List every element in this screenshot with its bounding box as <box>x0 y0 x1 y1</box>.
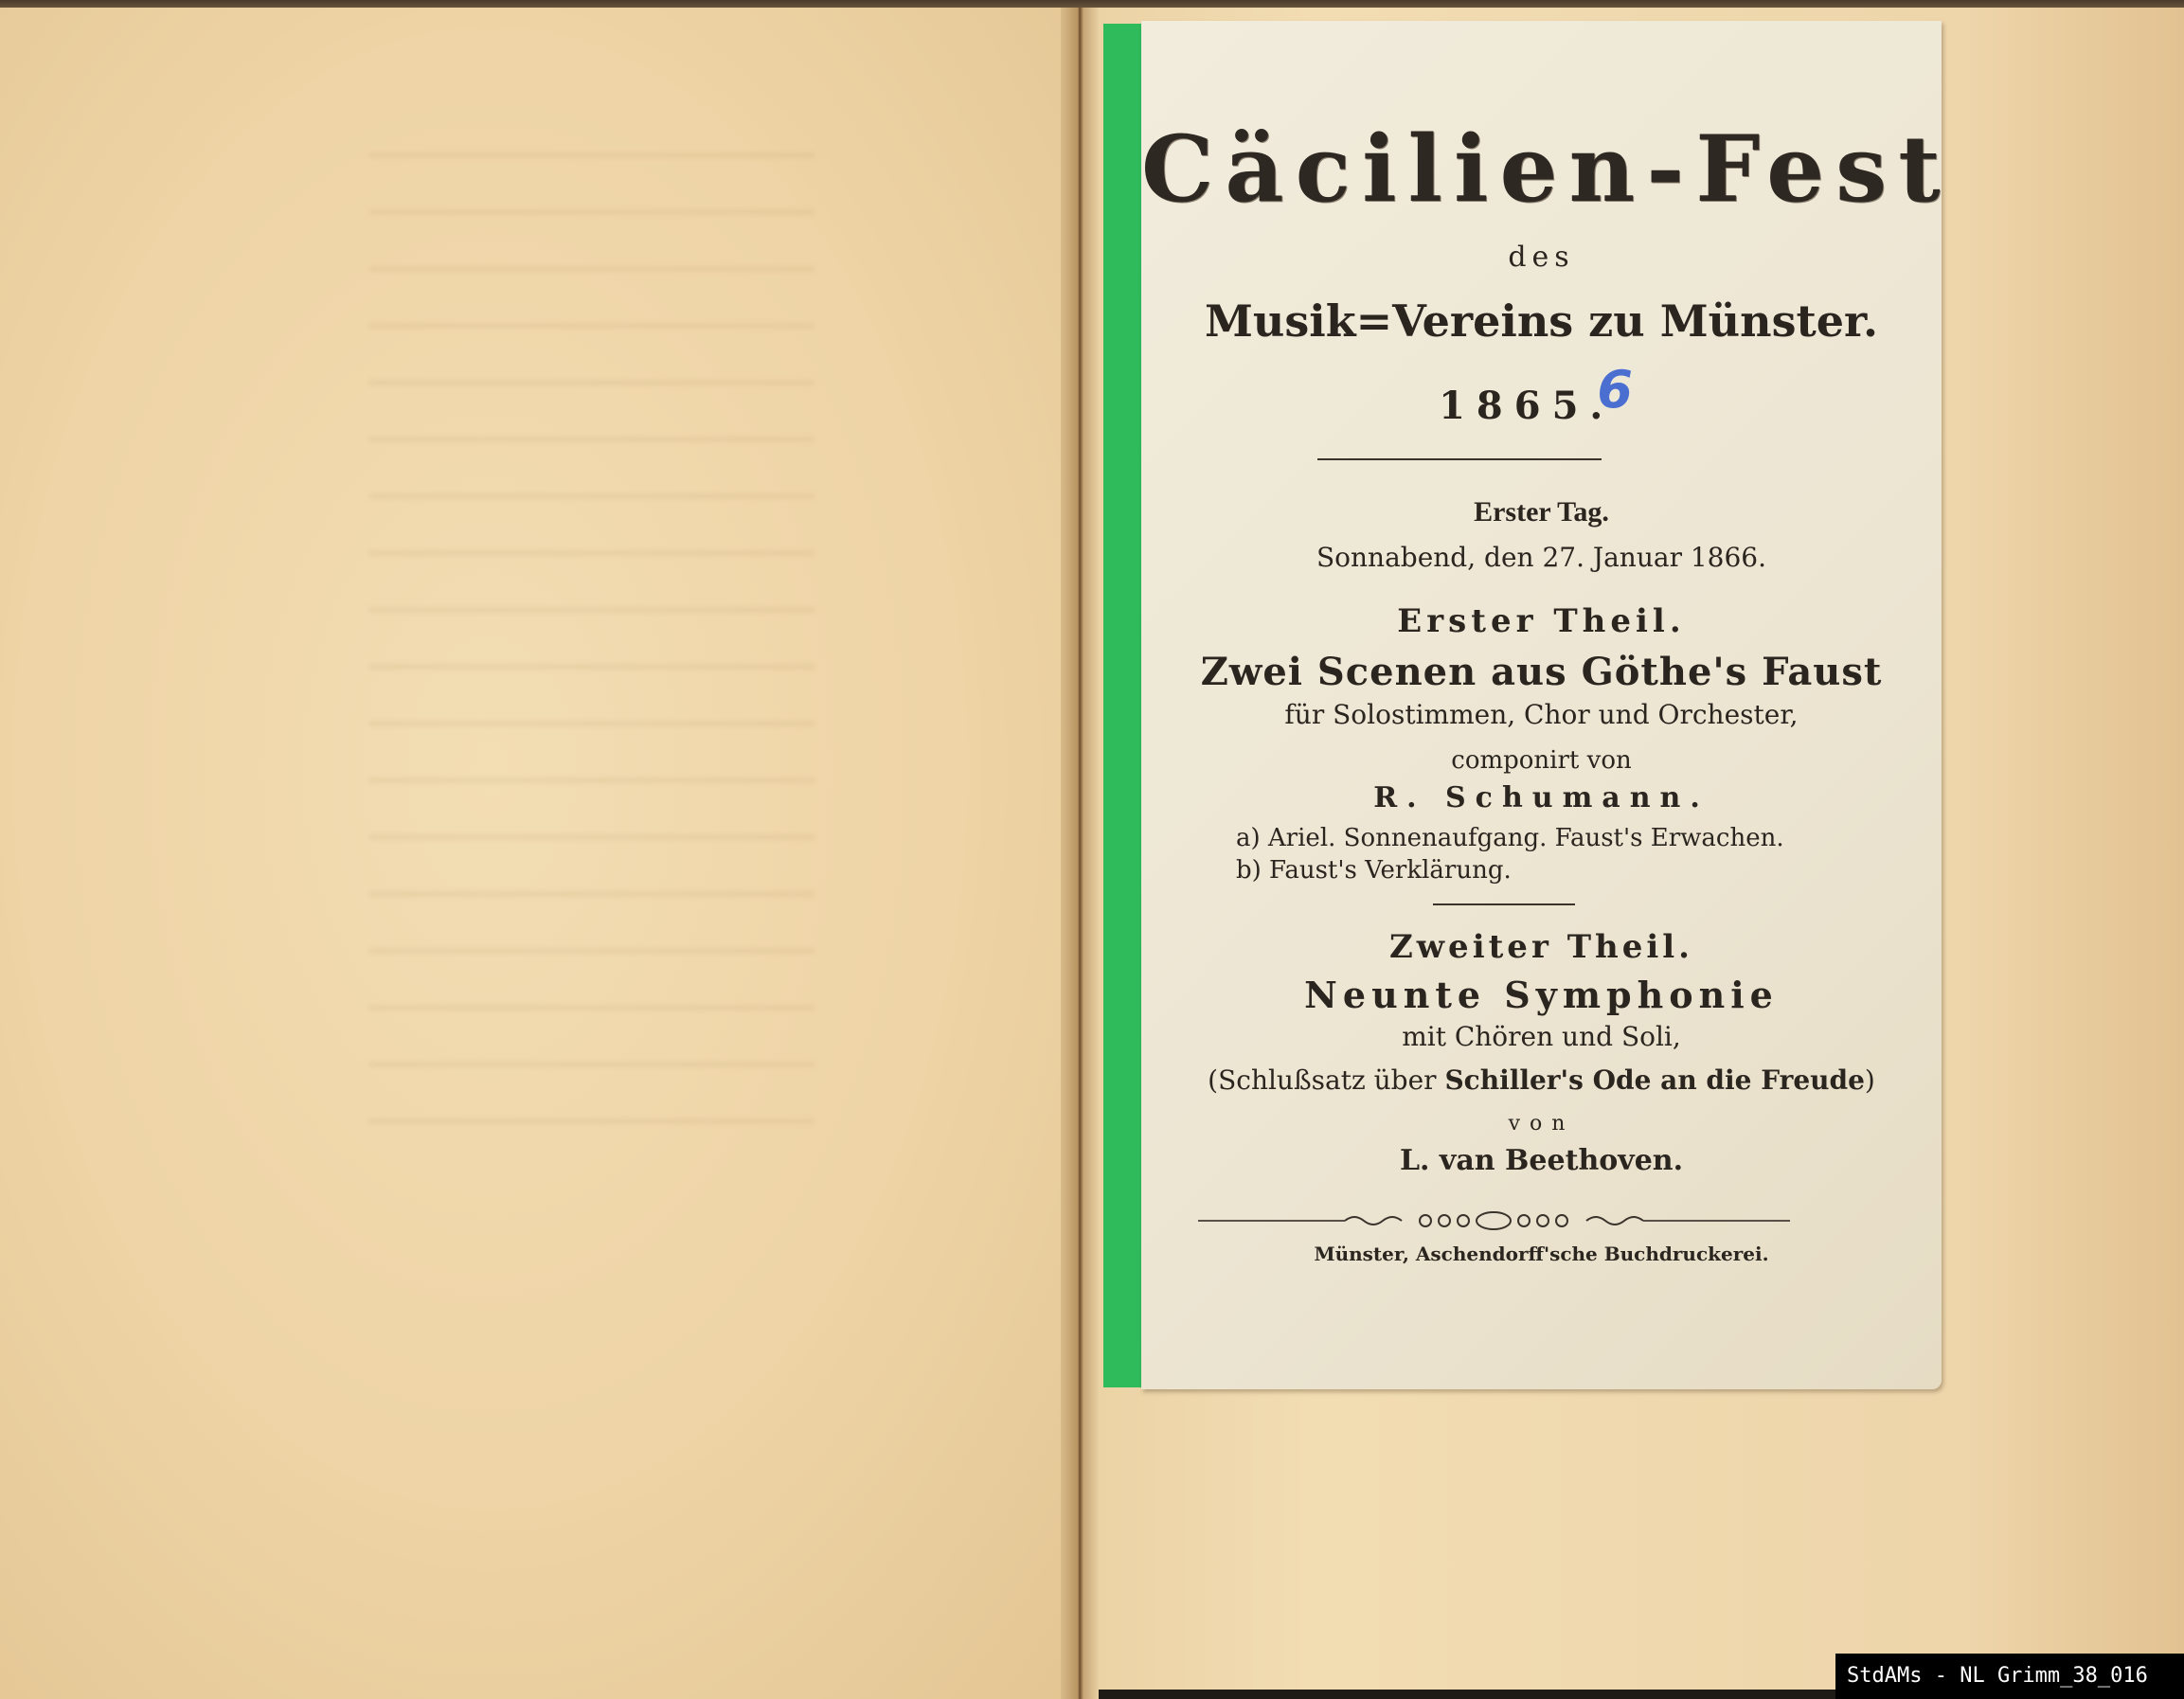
movement-item: b) Faust's Verklärung. <box>1236 854 1784 886</box>
left-page-blank <box>0 8 1089 1699</box>
part2-finale-note: (Schlußsatz über Schiller's Ode an die F… <box>1141 1064 1942 1096</box>
program-society: Musik=Vereins zu Münster. <box>1141 295 1942 347</box>
part2-by: von <box>1141 1112 1942 1136</box>
part2-work-title: Neunte Symphonie <box>1141 974 1942 1016</box>
finale-prefix: (Schlußsatz über <box>1208 1064 1444 1096</box>
finale-suffix: ) <box>1865 1064 1875 1096</box>
green-binding-strip <box>1103 24 1141 1387</box>
part1-movements: a) Ariel. Sonnenaufgang. Faust's Erwache… <box>1236 822 1784 886</box>
archive-reference-label: StdAMs - NL Grimm_38_016 <box>1835 1654 2184 1699</box>
book-bottom-edge <box>1099 1690 1837 1699</box>
ornamental-divider-icon <box>1198 1209 1790 1232</box>
part2-scoring: mit Chören und Soli, <box>1141 1021 1942 1052</box>
part1-heading: Erster Theil. <box>1141 602 1942 640</box>
handwritten-correction: 6 <box>1597 360 1644 420</box>
program-year: 1865.6 <box>1141 371 1942 431</box>
movement-item: a) Ariel. Sonnenaufgang. Faust's Erwache… <box>1236 822 1784 854</box>
part1-composed-by: componirt von <box>1141 746 1942 775</box>
concert-program-sheet: Cäcilien-Fest des Musik=Vereins zu Münst… <box>1141 21 1942 1389</box>
book-spine-gutter <box>1061 8 1099 1699</box>
part2-heading: Zweiter Theil. <box>1141 928 1942 966</box>
program-des: des <box>1141 241 1942 274</box>
part1-work-title: Zwei Scenen aus Göthe's Faust <box>1141 650 1942 694</box>
divider-rule <box>1433 903 1575 905</box>
finale-ode-title: Schiller's Ode an die Freude <box>1444 1064 1864 1096</box>
part1-composer: R. Schumann. <box>1141 781 1942 814</box>
year-printed: 186 <box>1439 384 1552 428</box>
divider-rule <box>1317 458 1602 460</box>
part1-scoring: für Solostimmen, Chor und Orchester, <box>1141 699 1942 730</box>
bleed-through-text <box>369 121 815 1163</box>
program-title: Cäcilien-Fest <box>1141 116 1942 223</box>
part2-composer: L. van Beethoven. <box>1141 1144 1942 1177</box>
printer-imprint: Münster, Aschendorff'sche Buchdruckerei. <box>1141 1243 1942 1265</box>
day-heading: Erster Tag. <box>1141 496 1942 528</box>
concert-date: Sonnabend, den 27. Januar 1866. <box>1141 542 1942 573</box>
